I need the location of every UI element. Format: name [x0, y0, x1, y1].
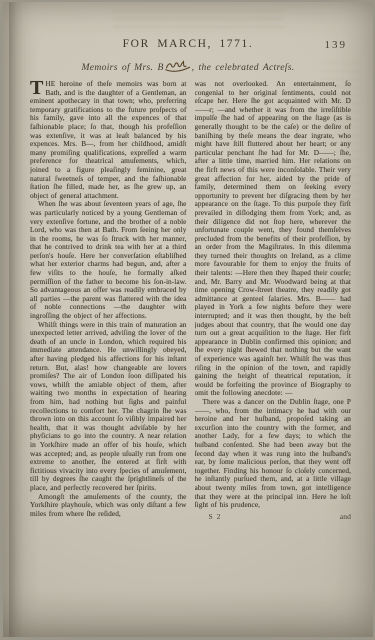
- page-header: FOR MARCH, 1771. 139: [3, 38, 373, 54]
- signature-mark: S 2: [209, 512, 222, 521]
- running-title: FOR MARCH, 1771.: [3, 38, 373, 50]
- article-title-suffix: , the celebrated Actreſs.: [192, 62, 295, 73]
- ink-scribble-icon: [165, 60, 191, 75]
- page-number: 139: [325, 39, 348, 51]
- paragraph: There was a dancer on the Dublin ſtage, …: [195, 398, 352, 510]
- scanned-page: FOR MARCH, 1771. 139 Memoirs of Mrs. B, …: [3, 2, 373, 637]
- verso-showthrough: [113, 10, 283, 32]
- catchword: and: [340, 512, 351, 521]
- right-column: was not overlooked. An entertainment, ſo…: [195, 80, 352, 607]
- paragraph: was not overlooked. An entertainment, ſo…: [195, 80, 352, 398]
- article-title: Memoirs of Mrs. B, the celebrated Actreſ…: [3, 60, 373, 75]
- paragraph: THE heroine of theſe memoirs was born at…: [30, 80, 187, 200]
- colophon-line: S 2 and: [195, 512, 352, 521]
- paragraph: Whilſt things were in this train of matu…: [30, 321, 187, 493]
- article-title-prefix: Memoirs of Mrs. B: [82, 62, 164, 73]
- text-columns: THE heroine of theſe memoirs was born at…: [30, 80, 351, 607]
- left-column: THE heroine of theſe memoirs was born at…: [30, 80, 187, 607]
- drop-cap: T: [30, 80, 45, 96]
- paragraph: When ſhe was about ſeventeen years of ag…: [30, 200, 187, 320]
- paragraph: Amongſt the amuſements of the county, th…: [30, 493, 187, 519]
